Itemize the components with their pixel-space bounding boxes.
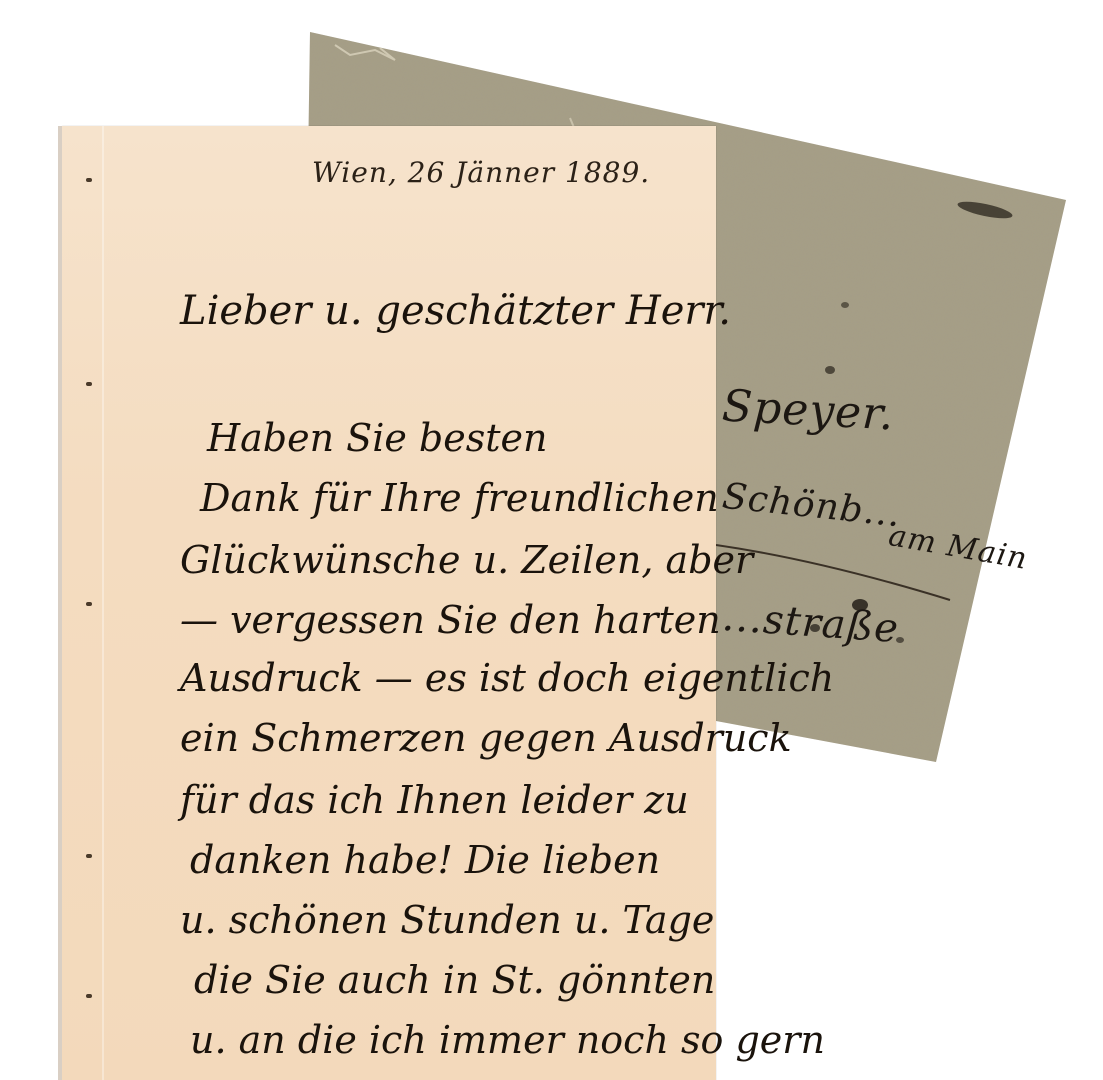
letter-line: Dank für Ihre freundlichen <box>200 476 719 520</box>
envelope-address-line: Speyer. <box>721 381 896 441</box>
letter-line: — vergessen Sie den harten <box>180 598 721 642</box>
letter-line: die Sie auch in St. gönnten <box>194 958 715 1002</box>
punch-mark <box>86 382 92 386</box>
letter-line: Glückwünsche u. Zeilen, aber <box>180 538 753 582</box>
punch-mark <box>86 602 92 606</box>
letter-sheet: Wien, 26 Jänner 1889. Lieber u. geschätz… <box>62 126 716 1080</box>
document-photo: Speyer. Schönb... am Main ...straße Wien… <box>0 0 1103 1080</box>
paper-fold <box>102 126 104 1080</box>
punch-mark <box>86 994 92 998</box>
letter-line: Haben Sie besten <box>207 416 547 460</box>
letter-line: u. schönen Stunden u. Tage <box>180 898 714 942</box>
letter-line: für das ich Ihnen leider zu <box>180 778 689 822</box>
letter-line: danken habe! Die lieben <box>190 838 660 882</box>
letter-line: ein Schmerzen gegen Ausdruck <box>180 716 792 760</box>
letter-line: Ausdruck — es ist doch eigentlich <box>180 656 834 700</box>
punch-mark <box>86 178 92 182</box>
letter-salutation: Lieber u. geschätzter Herr. <box>180 288 731 334</box>
punch-mark <box>86 854 92 858</box>
letter-dateline: Wien, 26 Jänner 1889. <box>312 156 650 189</box>
letter-line: u. an die ich immer noch so gern <box>190 1018 825 1062</box>
